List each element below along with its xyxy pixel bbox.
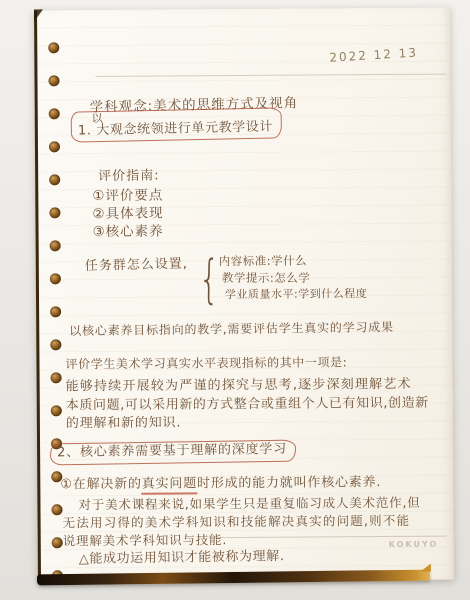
brand-watermark: KOKUYO: [389, 540, 439, 549]
notebook-page: 2022 12 13 学科观念:美术的思维方式及视角 以 1. 大观念统领进行单…: [34, 8, 454, 583]
header-rule: [95, 74, 446, 77]
point-highlight: 真实问题: [142, 476, 197, 494]
point-post: 时形成的能力就叫作核心素养.: [197, 475, 381, 491]
boxed-point-2-text: 2、核心素养需要基于理解的深度学习: [57, 442, 287, 461]
point-pre: ①在解决新的: [60, 477, 142, 493]
deep-learning-line: 无法用习得的美术学科知识和技能解决真实的问题,则不能: [63, 513, 411, 531]
boxed-point-2: 2、核心素养需要基于理解的深度学习: [50, 440, 296, 465]
date-text: 2022 12 13: [329, 45, 418, 65]
eval-paragraph: 以核心素养目标指向的教学,需要评估学生真实的学习成果: [69, 320, 394, 339]
deep-learning-point: ①在解决新的真实问题时形成的能力就叫作核心素养.: [60, 475, 381, 493]
brace-icon: {: [198, 247, 220, 313]
indicator-line: 本质问题,可以采用新的方式整合或重组个人已有知识,创造新: [66, 396, 429, 415]
binder-hole: [50, 306, 61, 317]
indicator-line: 的理解和新的知识.: [66, 415, 181, 432]
task-brace-item: 教学提示:怎么学: [222, 271, 310, 286]
binder-hole: [50, 240, 61, 251]
eval-guide-title: 评价指南:: [98, 168, 160, 185]
boxed-point-1: 以 1. 大观念统领进行单元教学设计: [71, 107, 283, 143]
binder-hole: [52, 537, 63, 548]
indicator-line: 能够持续开展较为严谨的探究与思考,逐步深刻理解艺术: [66, 377, 412, 396]
binder-hole: [49, 174, 60, 185]
footer-rule: [209, 536, 447, 539]
task-brace-item: 学业质量水平:学到什么程度: [225, 287, 367, 302]
binder-hole: [48, 42, 59, 53]
binder-hole: [50, 339, 61, 350]
task-brace-item: 内容标准:学什么: [219, 254, 307, 269]
deep-learning-line: 对于美术课程来说,如果学生只是重复临习成人美术范作,但: [78, 495, 420, 513]
deep-learning-line: 说理解美术学科知识与技能.: [63, 532, 227, 549]
notebook-photo: { "notebook": { "date": "2022 12 13", "w…: [0, 0, 470, 600]
binder-hole: [51, 405, 62, 416]
indicator-intro: 评价学生美术学习真实水平表现指标的其中一项是:: [65, 355, 347, 372]
task-question: 任务群怎么设置,: [85, 256, 189, 275]
binder-hole: [50, 273, 61, 284]
eval-guide-item: ②具体表现: [92, 205, 163, 223]
binder-hole: [51, 372, 62, 383]
binder-hole: [51, 504, 62, 515]
triangle-note: △能成功运用知识才能被称为理解.: [79, 549, 285, 568]
binder-hole: [49, 141, 60, 152]
binder-hole: [49, 108, 60, 119]
binder-holes: [48, 42, 63, 581]
binder-hole: [49, 207, 60, 218]
eval-guide-item: ①评价要点: [92, 188, 163, 205]
boxed-point-1-text: 1. 大观念统领进行单元教学设计: [78, 120, 273, 138]
binder-hole: [48, 75, 59, 86]
eval-guide-item: ③核心素养: [93, 224, 164, 241]
